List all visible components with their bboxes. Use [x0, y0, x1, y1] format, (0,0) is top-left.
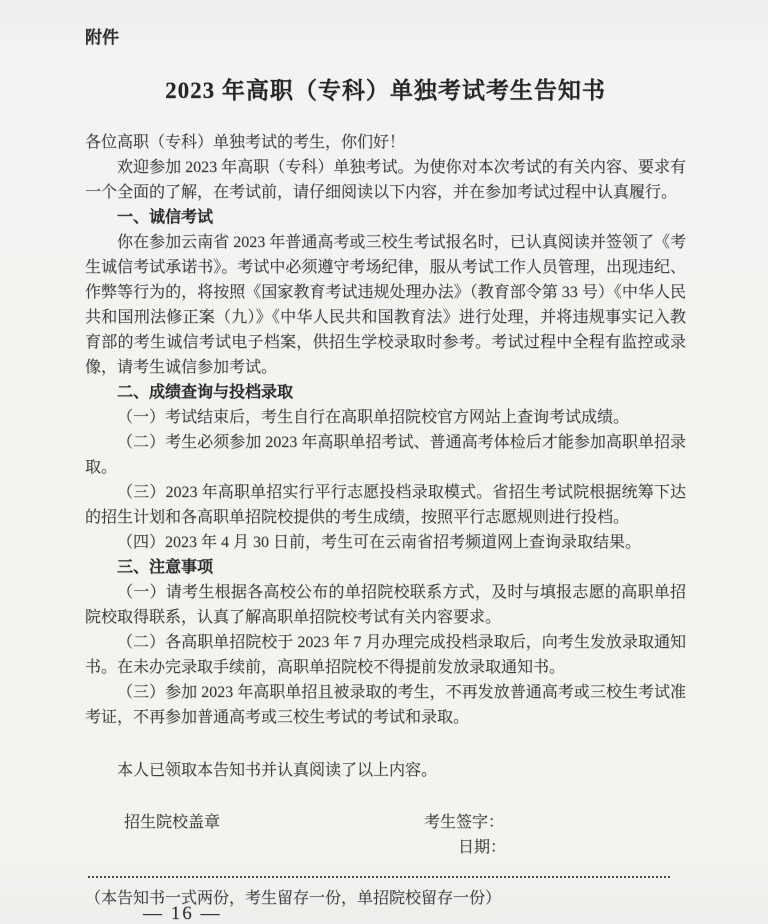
section-1-heading: 一、诚信考试 — [85, 205, 686, 230]
candidate-signature-label: 考生签字： — [424, 810, 504, 835]
document-page: 附件 2023 年高职（专科）单独考试考生告知书 各位高职（专科）单独考试的考生… — [0, 0, 768, 924]
section-2-paragraph-4: （四）2023 年 4 月 30 日前，考生可在云南省招考频道网上查询录取结果。 — [85, 530, 686, 555]
document-content: 附件 2023 年高职（专科）单独考试考生告知书 各位高职（专科）单独考试的考生… — [0, 0, 768, 911]
acknowledgement-line: 本人已领取本告知书并认真阅读了以上内容。 — [85, 758, 686, 783]
document-title: 2023 年高职（专科）单独考试考生告知书 — [85, 74, 686, 108]
section-1-paragraph-1: 你在参加云南省 2023 年普通高考或三校生考试报名时，已认真阅读并签领了《考生… — [85, 230, 686, 380]
attachment-label: 附件 — [85, 26, 686, 50]
intro-paragraph: 欢迎参加 2023 年高职（专科）单独考试。为使你对本次考试的有关内容、要求有一… — [85, 155, 686, 205]
section-2-paragraph-2: （二）考生必须参加 2023 年高职单招考试、普通高考体检后才能参加高职单招录取… — [85, 430, 686, 480]
date-label: 日期： — [458, 835, 686, 860]
section-3-paragraph-3: （三）参加 2023 年高职单招且被录取的考生，不再发放普通高考或三校生考试准考… — [85, 680, 686, 730]
page-number: — 16 — — [143, 903, 222, 924]
section-2-paragraph-3: （三）2023 年高职单招实行平行志愿投档录取模式。省招生考试院根据统筹下达的招… — [85, 480, 686, 530]
document-body: 各位高职（专科）单独考试的考生，你们好！ 欢迎参加 2023 年高职（专科）单独… — [85, 130, 686, 911]
section-3-paragraph-1: （一）请考生根据各高校公布的单招院校联系方式，及时与填报志愿的高职单招院校取得联… — [85, 580, 686, 630]
section-2-heading: 二、成绩查询与投档录取 — [85, 380, 686, 405]
section-3-heading: 三、注意事项 — [85, 555, 686, 580]
dotted-separator — [88, 876, 670, 878]
section-2-paragraph-1: （一）考试结束后，考生自行在高职单招院校官方网站上查询考试成绩。 — [85, 405, 686, 430]
signature-row: 招生院校盖章 考生签字： — [85, 810, 686, 835]
greeting-line: 各位高职（专科）单独考试的考生，你们好！ — [85, 130, 686, 155]
section-3-paragraph-2: （二）各高职单招院校于 2023 年 7 月办理完成投档录取后，向考生发放录取通… — [85, 630, 686, 680]
school-seal-label: 招生院校盖章 — [124, 810, 220, 835]
